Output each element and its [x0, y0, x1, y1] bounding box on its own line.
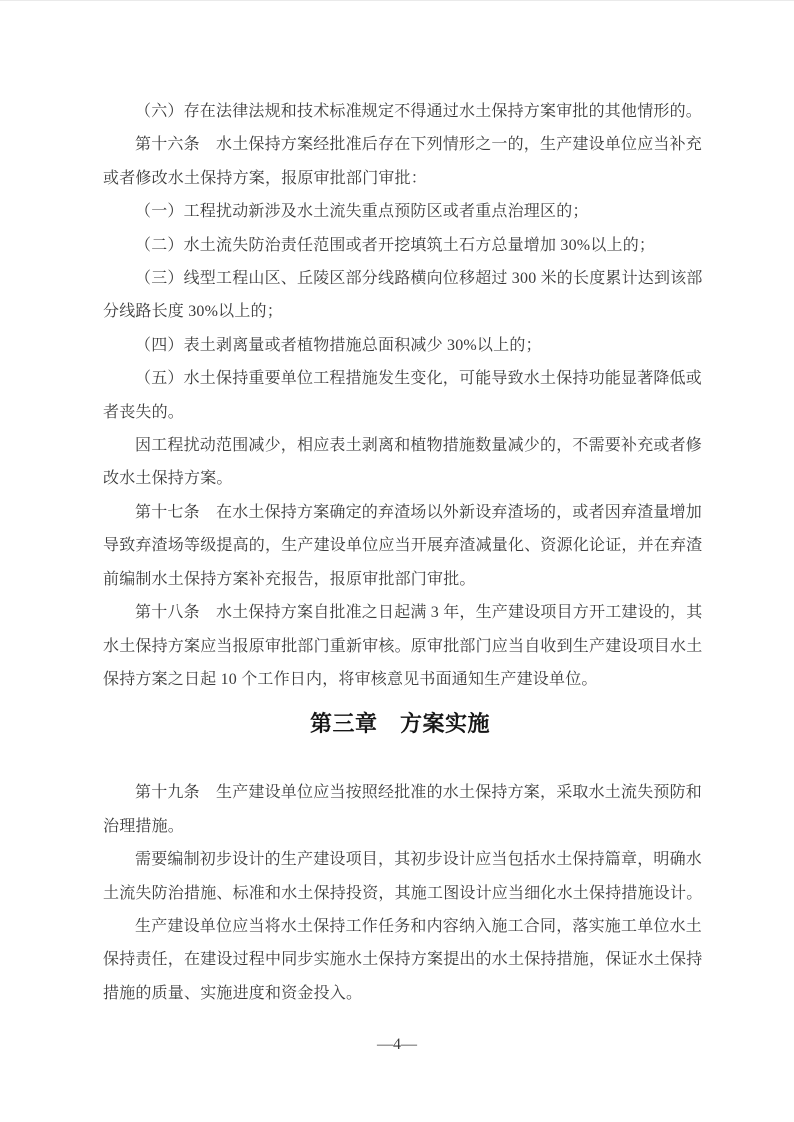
paragraph: 第十六条 水土保持方案经批准后存在下列情形之一的，生产建设单位应当补充或者修改水…	[103, 128, 697, 195]
text-line: （四）表土剥离量或者植物措施总面积减少 30%以上的；	[103, 329, 697, 362]
text-line: 水土保持方案应当报原审批部门重新审核。原审批部门应当自收到生产建设项目水土	[103, 630, 697, 663]
page-number: —4—	[0, 1035, 794, 1055]
text-line: （三）线型工程山区、丘陵区部分线路横向位移超过 300 米的长度累计达到该部	[103, 262, 697, 295]
paragraph: 第十七条 在水土保持方案确定的弃渣场以外新设弃渣场的，或者因弃渣量增加导致弃渣场…	[103, 496, 697, 596]
text-line: 保持方案之日起 10 个工作日内，将审核意见书面通知生产建设单位。	[103, 663, 697, 696]
text-line: 保持责任，在建设过程中同步实施水土保持方案提出的水土保持措施，保证水土保持	[103, 943, 697, 976]
text-line: 第十八条 水土保持方案自批准之日起满 3 年，生产建设项目方开工建设的，其	[103, 596, 697, 629]
text-line: 第十七条 在水土保持方案确定的弃渣场以外新设弃渣场的，或者因弃渣量增加	[103, 496, 697, 529]
text-line: （五）水土保持重要单位工程措施发生变化，可能导致水土保持功能显著降低或	[103, 362, 697, 395]
text-line: 第十六条 水土保持方案经批准后存在下列情形之一的，生产建设单位应当补充	[103, 128, 697, 161]
paragraph: （二）水土流失防治责任范围或者开挖填筑土石方总量增加 30%以上的；	[103, 229, 697, 262]
text-line: （六）存在法律法规和技术标准规定不得通过水土保持方案审批的其他情形的。	[103, 95, 697, 128]
paragraph: （四）表土剥离量或者植物措施总面积减少 30%以上的；	[103, 329, 697, 362]
document-body: （六）存在法律法规和技术标准规定不得通过水土保持方案审批的其他情形的。第十六条 …	[103, 95, 697, 1010]
text-line: 土流失防治措施、标准和水土保持投资，其施工图设计应当细化水土保持措施设计。	[103, 877, 697, 910]
text-line: 分线路长度 30%以上的；	[103, 295, 697, 328]
text-line: 生产建设单位应当将水土保持工作任务和内容纳入施工合同，落实施工单位水土	[103, 910, 697, 943]
paragraph: （一）工程扰动新涉及水土流失重点预防区或者重点治理区的；	[103, 195, 697, 228]
text-line: 措施的质量、实施进度和资金投入。	[103, 977, 697, 1010]
paragraph: 第十九条 生产建设单位应当按照经批准的水土保持方案，采取水土流失预防和治理措施。	[103, 776, 697, 843]
text-line: 者丧失的。	[103, 396, 697, 429]
paragraph: 因工程扰动范围减少，相应表土剥离和植物措施数量减少的，不需要补充或者修改水土保持…	[103, 429, 697, 496]
paragraph: （五）水土保持重要单位工程措施发生变化，可能导致水土保持功能显著降低或者丧失的。	[103, 362, 697, 429]
text-line: 前编制水土保持方案补充报告，报原审批部门审批。	[103, 563, 697, 596]
document-page: （六）存在法律法规和技术标准规定不得通过水土保持方案审批的其他情形的。第十六条 …	[0, 0, 794, 1122]
page-top-edge	[0, 0, 794, 1]
text-line: 改水土保持方案。	[103, 462, 697, 495]
paragraph: 生产建设单位应当将水土保持工作任务和内容纳入施工合同，落实施工单位水土保持责任，…	[103, 910, 697, 1010]
chapter-heading: 第三章 方案实施	[103, 704, 697, 744]
text-line: 或者修改水土保持方案，报原审批部门审批：	[103, 162, 697, 195]
text-line: 因工程扰动范围减少，相应表土剥离和植物措施数量减少的，不需要补充或者修	[103, 429, 697, 462]
paragraph: 需要编制初步设计的生产建设项目，其初步设计应当包括水土保持篇章，明确水土流失防治…	[103, 843, 697, 910]
paragraph: （六）存在法律法规和技术标准规定不得通过水土保持方案审批的其他情形的。	[103, 95, 697, 128]
text-line: 治理措施。	[103, 810, 697, 843]
paragraph: 第十八条 水土保持方案自批准之日起满 3 年，生产建设项目方开工建设的，其水土保…	[103, 596, 697, 696]
text-line: 第十九条 生产建设单位应当按照经批准的水土保持方案，采取水土流失预防和	[103, 776, 697, 809]
paragraph: （三）线型工程山区、丘陵区部分线路横向位移超过 300 米的长度累计达到该部分线…	[103, 262, 697, 329]
text-line: （一）工程扰动新涉及水土流失重点预防区或者重点治理区的；	[103, 195, 697, 228]
text-line: 需要编制初步设计的生产建设项目，其初步设计应当包括水土保持篇章，明确水	[103, 843, 697, 876]
text-line: 导致弃渣场等级提高的，生产建设单位应当开展弃渣减量化、资源化论证，并在弃渣	[103, 529, 697, 562]
text-line: （二）水土流失防治责任范围或者开挖填筑土石方总量增加 30%以上的；	[103, 229, 697, 262]
